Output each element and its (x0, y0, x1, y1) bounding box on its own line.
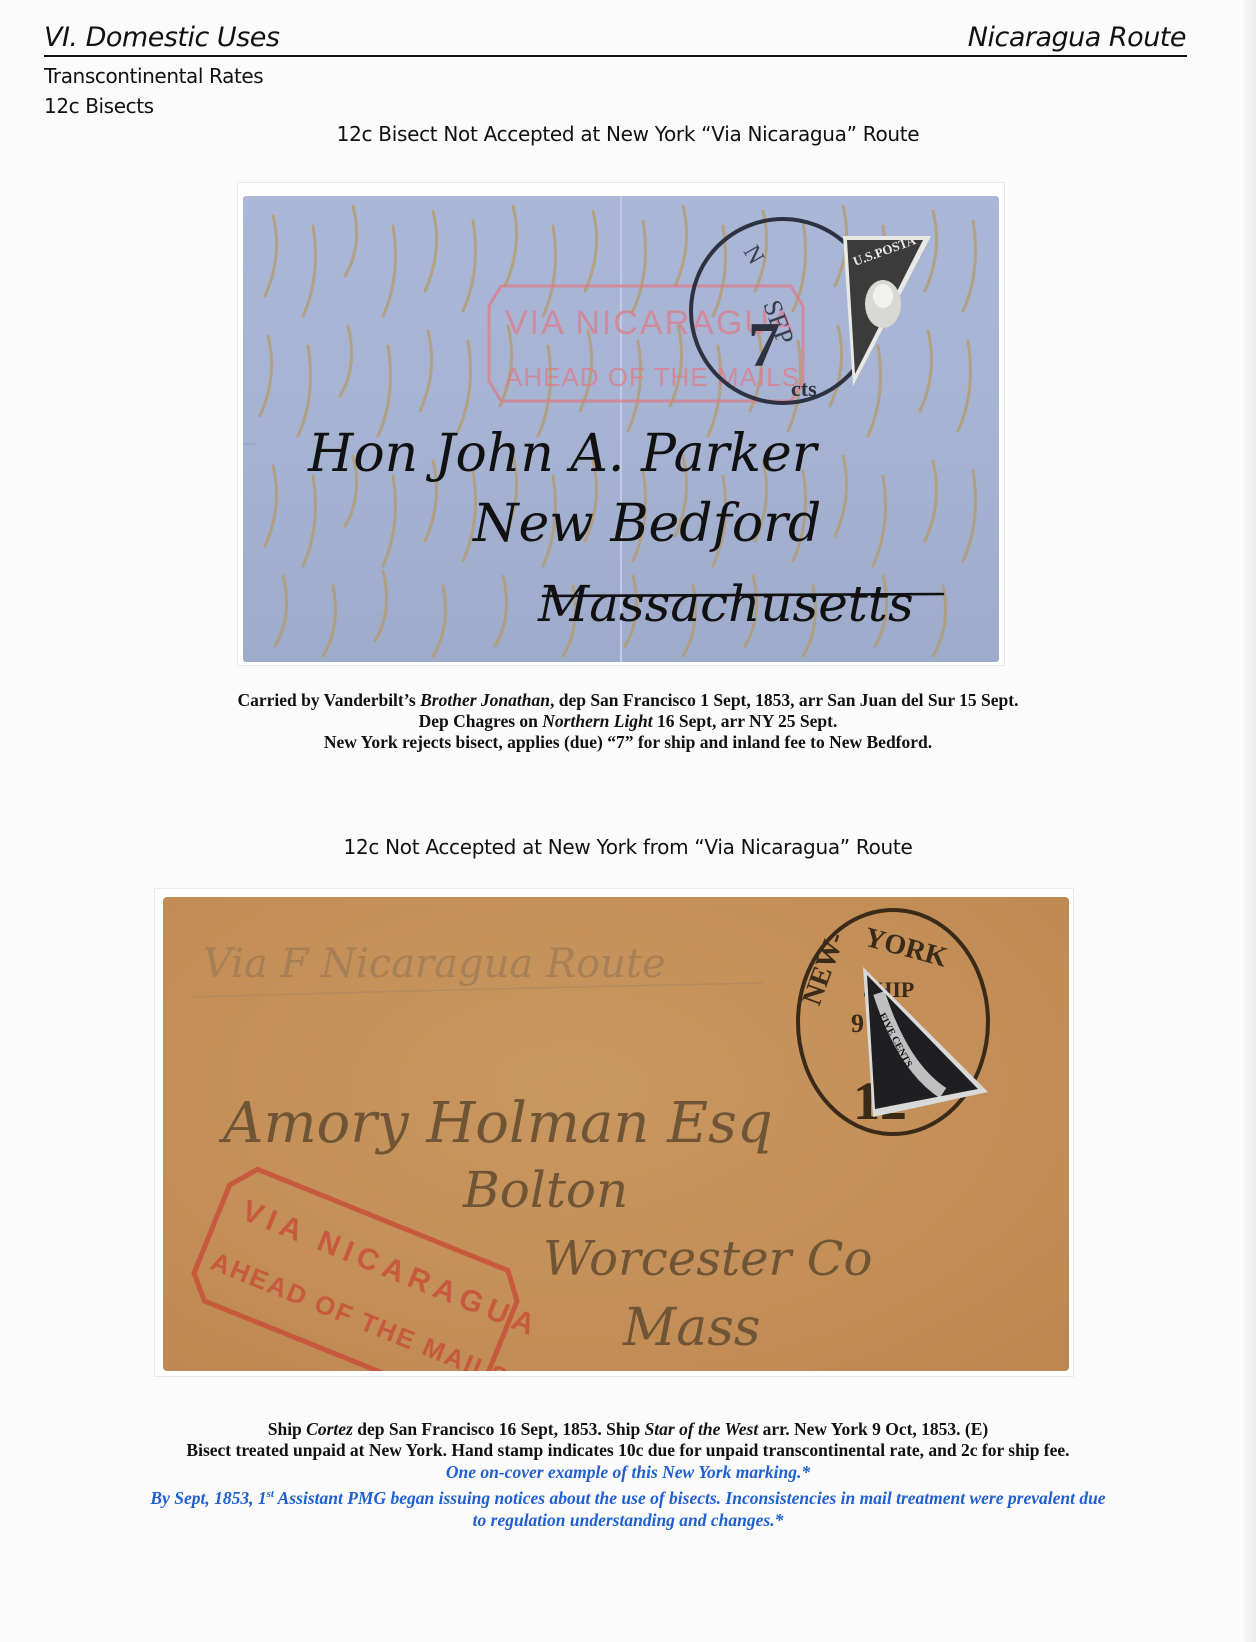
svg-text:Bolton: Bolton (462, 1161, 628, 1219)
svg-text:7: 7 (748, 309, 780, 380)
svg-text:Via F Nicaragua Route: Via F Nicaragua Route (203, 941, 666, 987)
section-title: VI. Domestic Uses (44, 22, 279, 53)
svg-text:Worcester Co: Worcester Co (543, 1231, 872, 1287)
svg-text:9: 9 (851, 1009, 864, 1038)
note-pmg-notices: By Sept, 1853, 1st Assistant PMG began i… (0, 1483, 1256, 1509)
exhibit-1-title: 12c Bisect Not Accepted at New York “Via… (0, 122, 1256, 146)
exhibit-2-notes: One on-cover example of this New York ma… (0, 1461, 1256, 1531)
note-regulation: to regulation understanding and changes.… (0, 1509, 1256, 1531)
cover-1-artwork: VIA NICARAGUA AHEAD OF THE MAILS N SEP 7… (243, 196, 999, 662)
svg-text:New Bedford: New Bedford (471, 494, 821, 554)
exhibit-1-cover[interactable]: VIA NICARAGUA AHEAD OF THE MAILS N SEP 7… (243, 196, 999, 662)
note-one-example: One on-cover example of this New York ma… (0, 1461, 1256, 1483)
address-script: Hon John A. Parker New Bedford Massachus… (307, 424, 943, 633)
subtitle-rates: Transcontinental Rates (44, 64, 263, 88)
exhibit-2-cover[interactable]: Via F Nicaragua Route NEW- YORK SHIP 9 1… (163, 897, 1069, 1371)
cover-2-artwork: Via F Nicaragua Route NEW- YORK SHIP 9 1… (163, 897, 1069, 1371)
exhibit-1-description: Carried by Vanderbilt’s Brother Jonathan… (0, 690, 1256, 753)
exhibit-2-description: Ship Cortez dep San Francisco 16 Sept, 1… (0, 1419, 1256, 1461)
route-title: Nicaragua Route (968, 22, 1186, 53)
washington-bisect-stamp: U.S.POSTA (843, 232, 931, 386)
svg-text:Massachusetts: Massachusetts (537, 575, 914, 633)
svg-text:Hon John A. Parker: Hon John A. Parker (307, 424, 820, 484)
subtitle-bisects: 12c Bisects (44, 94, 154, 118)
svg-text:Mass: Mass (622, 1298, 761, 1358)
svg-text:Amory Holman Esq: Amory Holman Esq (218, 1091, 773, 1156)
svg-text:cts: cts (791, 376, 817, 401)
svg-text:YORK: YORK (861, 922, 950, 974)
washington-bisect-stamp: FIVE CENTS (863, 967, 988, 1117)
svg-text:NEW-: NEW- (796, 928, 851, 1009)
header-rule (44, 55, 1187, 57)
exhibit-2-title: 12c Not Accepted at New York from “Via N… (0, 835, 1256, 859)
page-edge-shadow (1244, 0, 1256, 1642)
